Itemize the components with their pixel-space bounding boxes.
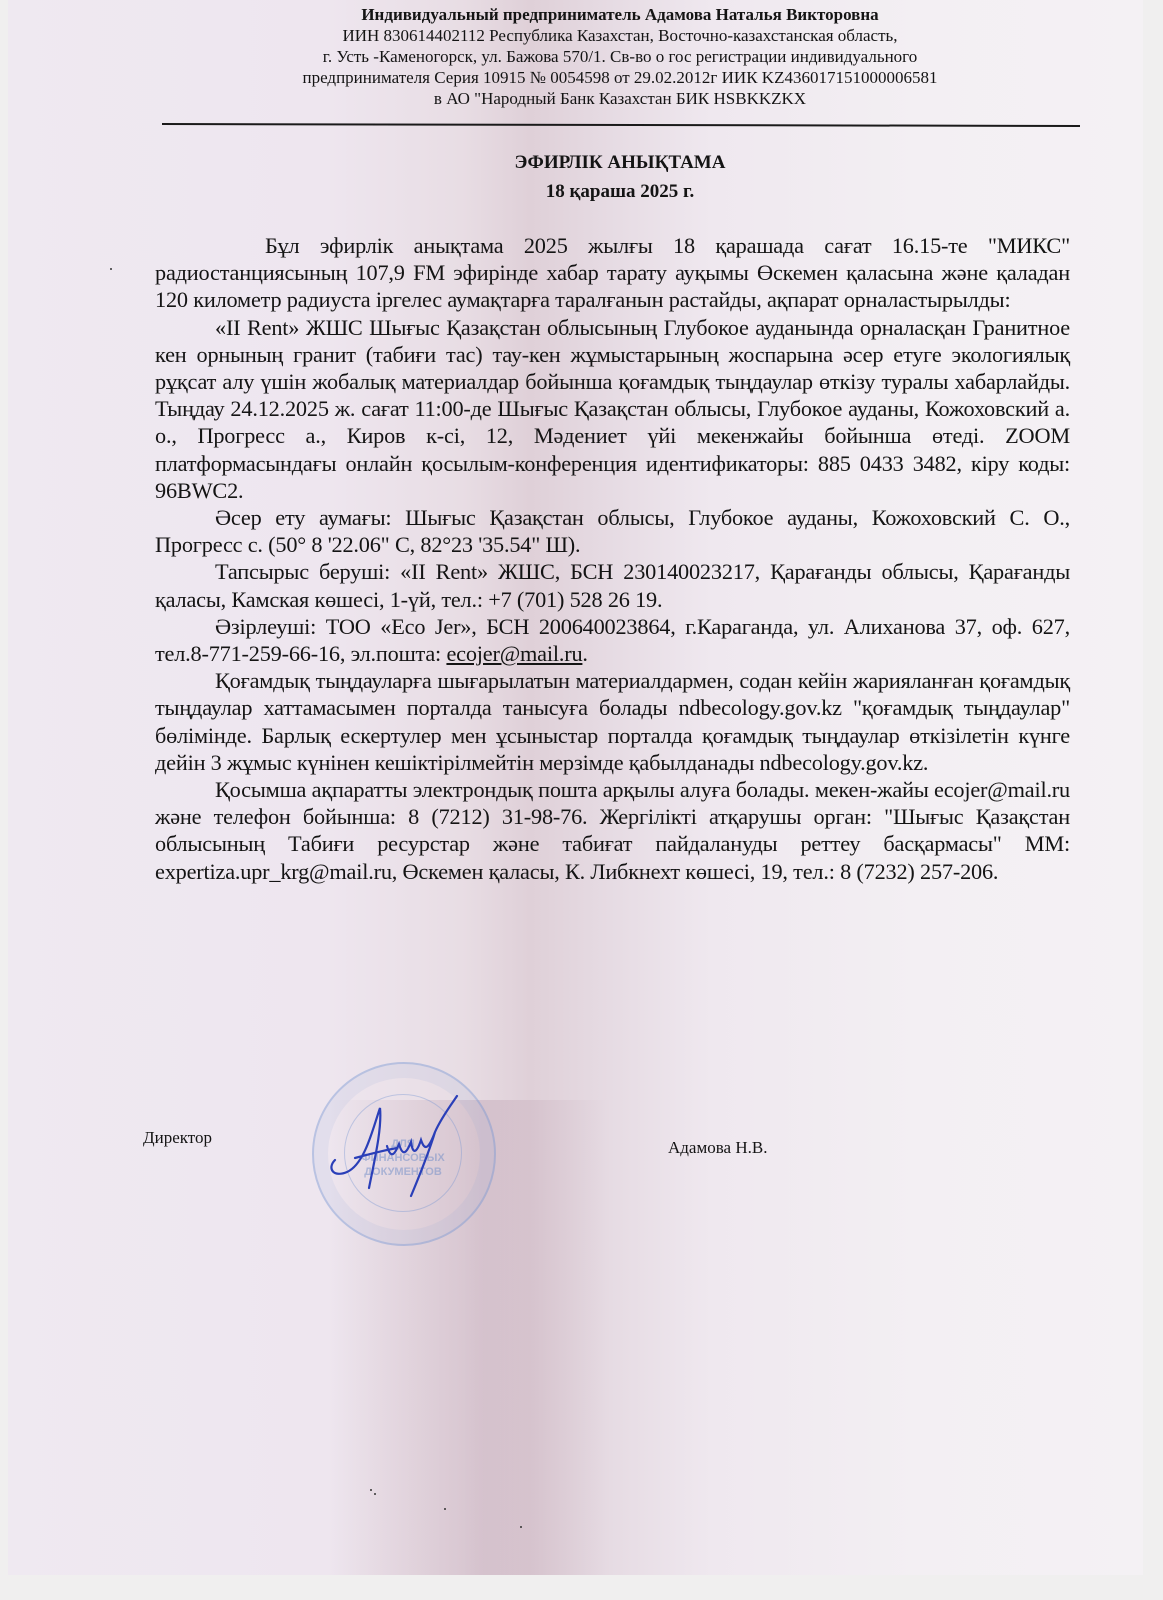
paragraph-developer: Әзірлеуші: ТОО «Eco Jer», БСН 2006400238… <box>155 613 1070 667</box>
document-title: ЭФИРЛІК АНЫҚТАМА <box>160 148 1080 177</box>
letterhead-address-line: г. Усть -Каменогорск, ул. Бажова 570/1. … <box>160 46 1080 67</box>
signature-row: Директор Адамова Н.В. <box>143 1128 843 1168</box>
paragraph-materials-portal: Қоғамдық тыңдауларға шығарылатын материа… <box>155 667 1070 776</box>
signer-title: Директор <box>143 1128 212 1148</box>
letterhead-iin-line: ИИН 830614402112 Республика Казахстан, В… <box>160 25 1080 46</box>
paragraph-additional-info: Қосымша ақпаратты электрондық пошта арқы… <box>155 776 1070 885</box>
paragraph-customer: Тапсырыс беруші: «II Rent» ЖШС, БСН 2301… <box>155 558 1070 612</box>
paragraph-broadcast-confirmation: Бұл эфирлік анықтама 2025 жылғы 18 қараш… <box>155 232 1070 314</box>
letterhead: Индивидуальный предприниматель Адамова Н… <box>160 4 1080 109</box>
paragraph-hearing-announcement: «II Rent» ЖШС Шығыс Қазақстан облысының … <box>155 314 1070 504</box>
scan-speck <box>520 1526 522 1528</box>
letterhead-registration-line: предпринимателя Серия 10915 № 0054598 от… <box>160 67 1080 88</box>
signer-name: Адамова Н.В. <box>668 1138 767 1158</box>
document-heading: ЭФИРЛІК АНЫҚТАМА 18 қараша 2025 г. <box>160 148 1080 206</box>
document-body: Бұл эфирлік анықтама 2025 жылғы 18 қараш… <box>155 232 1070 885</box>
developer-email-link[interactable]: ecojer@mail.ru <box>446 641 582 666</box>
letterhead-bank-line: в АО "Народный Банк Казахстан БИК HSBKKZ… <box>160 88 1080 109</box>
scan-speck <box>370 1489 372 1491</box>
letterhead-entrepreneur-name: Индивидуальный предприниматель Адамова Н… <box>160 4 1080 25</box>
scan-speck <box>110 268 112 270</box>
developer-text: Әзірлеуші: ТОО «Eco Jer», БСН 2006400238… <box>155 614 1070 666</box>
developer-text-end: . <box>582 641 587 666</box>
document-date: 18 қараша 2025 г. <box>160 177 1080 206</box>
scan-speck <box>444 1508 446 1510</box>
scan-speck <box>374 1493 376 1495</box>
paragraph-impact-area: Әсер ету аумағы: Шығыс Қазақстан облысы,… <box>155 504 1070 558</box>
